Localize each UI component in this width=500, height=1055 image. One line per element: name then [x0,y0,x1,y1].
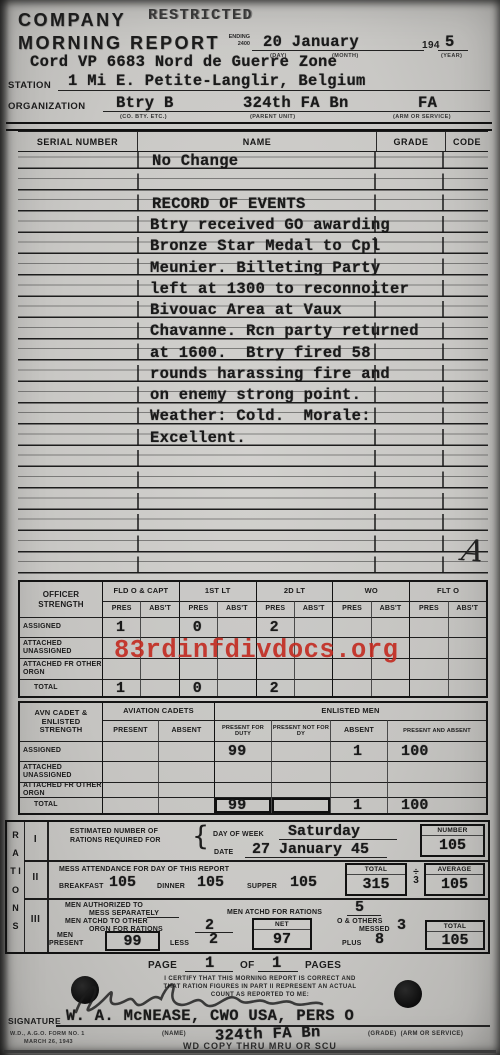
org-parent-value: 324th FA Bn [243,95,349,111]
officer-cell [409,617,447,637]
officer-cell [294,679,332,696]
subcol-pres: PRES [179,601,217,617]
enlisted-cell [102,782,158,797]
officer-cell: 2 [256,617,294,637]
col-present-and-absent: PRESENT AND ABSENT [387,720,486,741]
event-line: Chavanne. Rcn party returned [150,323,419,339]
officer-cell [294,617,332,637]
rations-numeral-3: III [24,914,47,925]
punch-hole-right [394,980,422,1008]
rations-vline-2 [47,822,49,952]
officer-strength-header: OFFICER STRENGTH [20,582,102,617]
men-atchd-rations-value: 5 [355,900,364,915]
event-line: at 1600. Btry fired 58 [150,345,371,361]
event-line: Btry received GO awarding [150,217,390,233]
form-date-line: MARCH 26, 1943 [24,1039,73,1045]
rations-total-value: 105 [427,932,483,949]
enlisted-strength-table: AVN CADET & ENLISTED STRENGTH AVIATION C… [18,701,488,815]
auth-mess-label-1: MEN AUTHORIZED TO [65,902,143,910]
enlisted-cell [158,797,214,813]
enlisted-cell [102,741,158,761]
year-underline [438,34,468,51]
rations-section: R A T I O N S I II III ESTIMATED NUMBER … [5,820,490,954]
enlisted-cell [271,761,330,782]
enlisted-cell [387,761,486,782]
net-value: 97 [254,930,310,948]
officer-cell [140,679,178,696]
year-sublabel: (YEAR) [441,53,462,59]
ruled-entry-area: No Change RECORD OF EVENTS Btry received… [18,152,488,578]
enlisted-cell-total-presabs: 100 [387,797,486,813]
group-wo: WO [332,582,409,601]
event-line: Bivouac Area at Vaux [150,302,342,318]
enlisted-cell [214,782,271,797]
ending-label: ENDING 2400 [220,34,250,47]
row-label-attached-unassigned: ATTACHED UNASSIGNED [20,761,102,782]
officer-cell: 1 [102,679,140,696]
roster-header-row: SERIAL NUMBER NAME GRADE CODE [18,131,488,152]
rations-numeral-2: II [24,872,47,883]
officer-cell [409,679,447,696]
row-label-assigned: ASSIGNED [20,741,102,761]
col-absent: ABSENT [330,720,387,741]
col-serial-number: SERIAL NUMBER [18,132,137,151]
supper-label: SUPPER [247,883,277,891]
others-messed-value: 3 [397,918,406,933]
bottom-edge-rule [4,1050,496,1053]
row-label-total: TOTAL [20,797,102,813]
day-of-week-label: DAY OF WEEK [213,831,264,839]
enlisted-cell [158,782,214,797]
average-value: 105 [426,875,483,894]
group-2d-lt: 2D LT [256,582,333,601]
mess-total-label: TOTAL [347,865,405,875]
page-value: 1 [205,955,215,971]
group-aviation-cadets: AVIATION CADETS [102,703,214,720]
enlisted-cell-total-present: 99 [214,797,271,813]
men-present-value: 99 [107,933,158,950]
dinner-value: 105 [197,875,224,890]
report-date: 20 January [263,34,359,50]
org-arm-value: FA [418,95,437,111]
event-line: Weather: Cold. Morale: [150,408,371,424]
officer-cell [371,679,409,696]
men-present-box: 99 [105,931,160,951]
morning-report-scan: COMPANY RESTRICTED MORNING REPORT ENDING… [0,0,500,1055]
enlisted-cell [102,761,158,782]
subcol-abst: ABS'T [140,601,178,617]
rations-numeral-1: I [24,834,47,845]
brace-glyph: { [192,821,209,852]
event-line: Bronze Star Medal to Cpl [150,238,380,254]
officer-cell [448,679,486,696]
name-sublabel: (NAME) [162,1031,186,1037]
col-present-for-duty: PRESENT FOR DUTY [214,720,271,741]
men-present-label-2: PRESENT [49,940,83,948]
coordinates-line: Cord VP 6683 Nord de Guerre Zone [30,54,337,70]
subcol-pres: PRES [332,601,370,617]
serial-name-divider [137,152,139,578]
page-label: PAGE [148,960,177,971]
mess-attendance-label: MESS ATTENDANCE FOR DAY OF THIS REPORT [59,866,229,874]
rations-total-box: TOTAL 105 [425,920,485,950]
date-label: DATE [214,849,233,857]
handwritten-mark: A [459,533,487,569]
officer-cell [332,617,370,637]
enlisted-cell: 99 [214,741,271,761]
rations-date-value: 27 January 45 [252,842,369,857]
roster-entry: No Change [152,153,238,169]
men-atchd-rations-label: MEN ATCHD FOR RATIONS [227,909,322,917]
col-code: CODE [445,132,488,151]
event-line: left at 1300 to reconnoiter [150,281,409,297]
divide-by-three: ÷ 3 [410,869,422,885]
net-box: NET 97 [252,918,312,950]
enlisted-strength-header: AVN CADET & ENLISTED STRENGTH [20,703,102,741]
mess-separately-underline [147,910,179,918]
col-present-not-for-dy: PRESENT NOT FOR DY [271,720,330,741]
enlisted-cell [271,741,330,761]
station-label: STATION [8,80,51,91]
event-line: Meunier. Billeting Party [150,260,380,276]
officer-cell [448,617,486,637]
rations-total-label: TOTAL [427,922,483,932]
breakfast-label: BREAKFAST [59,883,104,891]
event-line: rounds harassing fire and [150,366,390,382]
rations-hline-2 [24,898,489,900]
signature-scribble [70,974,330,1022]
station-value: 1 Mi E. Petite-Langlir, Belgium [68,73,366,89]
enlisted-cell [214,761,271,782]
supper-value: 105 [290,875,317,890]
day-of-week-value: Saturday [288,824,360,839]
header-divider [6,122,492,131]
rations-hline-1 [24,860,489,862]
officer-cell [409,658,447,679]
net-label: NET [254,920,310,930]
rations-vertical-label: R A T I O N S [9,826,22,935]
of-label: OF [240,960,255,971]
officer-cell [332,679,370,696]
officer-cell: 1 [102,617,140,637]
subcol-pres: PRES [256,601,294,617]
enlisted-cell [158,761,214,782]
enlisted-cell-total-notforduty [271,797,330,813]
plus-value: 8 [375,932,384,947]
officer-cell: 0 [179,679,217,696]
mess-total-value: 315 [347,875,405,894]
col-cadets-present: PRESENT [102,720,158,741]
col-name: NAME [137,132,376,151]
row-label-attached-unassigned: ATTACHED UNASSIGNED [20,637,102,658]
subcol-pres: PRES [409,601,447,617]
enlisted-cell [387,782,486,797]
officer-cell: 0 [179,617,217,637]
org-arm-sublabel: (ARM OR SERVICE) [393,114,451,120]
row-label-attached-fr-other-orgn: ATTACHED FR OTHER ORGN [20,782,102,797]
est-rations-label-2: RATIONS REQUIRED FOR [70,837,161,845]
form-title-morning-report: MORNING REPORT [18,33,220,54]
subcol-abst: ABS'T [294,601,332,617]
subcol-abst: ABS'T [448,601,486,617]
average-label: AVERAGE [426,865,483,875]
average-box: AVERAGE 105 [424,863,485,896]
grade-code-divider [442,152,444,578]
scan-left-edge [0,0,9,1055]
subcol-abst: ABS'T [217,601,255,617]
est-rations-label-1: ESTIMATED NUMBER OF [70,828,158,836]
atchd-other-label-1: MEN ATCHD TO OTHER [65,918,148,926]
pages-value: 1 [272,955,282,971]
group-fld-o-capt: FLD O & CAPT [102,582,179,601]
group-enlisted-men: ENLISTED MEN [214,703,486,720]
group-1st-lt: 1ST LT [179,582,256,601]
enlisted-cell-total-absent: 1 [330,797,387,813]
less-label: LESS [170,940,189,948]
row-label-assigned: ASSIGNED [20,617,102,637]
org-unit-sublabel: (CO. BTY. ETC.) [120,114,167,120]
subcol-abst: ABS'T [371,601,409,617]
officer-cell [140,617,178,637]
officer-cell [448,658,486,679]
enlisted-cell: 100 [387,741,486,761]
officer-cell [217,679,255,696]
pages-label: PAGES [305,960,341,971]
organization-label: ORGANIZATION [8,101,85,112]
group-flt-o: FLT O [409,582,486,601]
col-cadets-absent: ABSENT [158,720,214,741]
watermark-text: 83rdinfdivdocs.org [114,636,398,665]
restricted-stamp: RESTRICTED [148,7,253,24]
org-parent-sublabel: (PARENT UNIT) [250,114,295,120]
event-line: Excellent. [150,430,246,446]
enlisted-cell [330,761,387,782]
less-value: 2 [209,932,218,947]
number-box: NUMBER 105 [420,824,485,857]
enlisted-cell [102,797,158,813]
enlisted-cell [271,782,330,797]
breakfast-value: 105 [109,875,136,890]
row-label-attached-fr-other-orgn: ATTACHED FR OTHER ORGN [20,658,102,679]
others-messed-label-1: O & OTHERS [337,918,383,926]
form-title-company: COMPANY [18,10,126,31]
officer-cell [409,637,447,658]
event-line: on enemy strong point. [150,387,361,403]
enlisted-cell: 1 [330,741,387,761]
men-present-label-1: MEN [57,932,73,940]
officer-cell [217,617,255,637]
plus-label: PLUS [342,940,361,948]
col-grade: GRADE [376,132,445,151]
row-label-total: TOTAL [20,679,102,696]
officer-cell [371,617,409,637]
officer-cell [448,637,486,658]
number-label: NUMBER [422,826,483,836]
mess-total-box: TOTAL 315 [345,863,407,896]
officer-cell: 2 [256,679,294,696]
signature-label: SIGNATURE [8,1016,61,1026]
number-value: 105 [422,836,483,855]
record-of-events-title: RECORD OF EVENTS [152,196,306,212]
subcol-pres: PRES [102,601,140,617]
org-unit-value: Btry B [116,95,174,111]
enlisted-cell [330,782,387,797]
enlisted-cell [158,741,214,761]
grade-arm-sublabel: (GRADE) (ARM OR SERVICE) [368,1031,463,1037]
form-number-line: W.D., A.G.O. FORM NO. 1 [10,1031,85,1037]
dinner-label: DINNER [157,883,185,891]
